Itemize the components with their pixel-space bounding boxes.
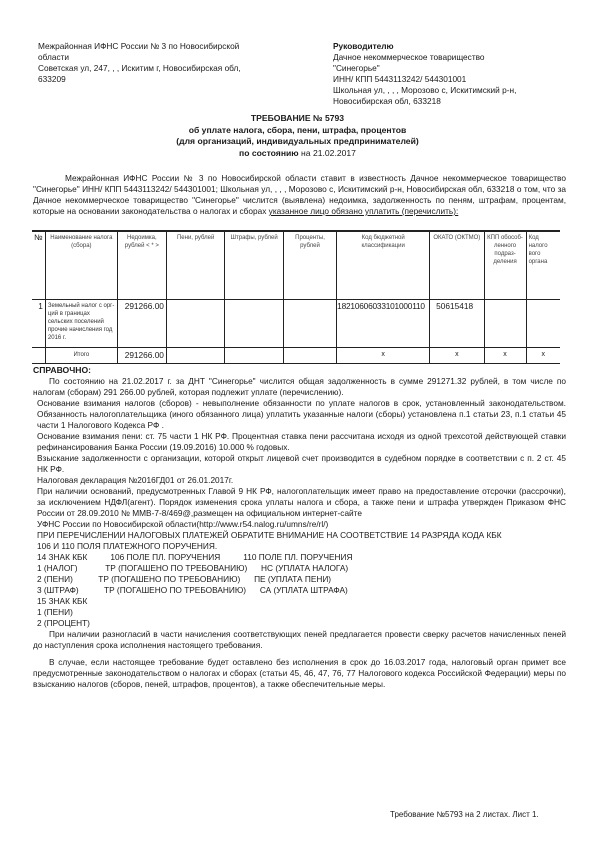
col-header-okato: ОКАТО (ОКТМО) [430,231,484,299]
sender-block: Межрайонная ИФНС России № 3 по Новосибир… [38,41,278,85]
notes-heading: СПРАВОЧНО: [33,365,566,376]
table-row: 1 Земельный налог с орг-ций в границах с… [32,299,560,347]
cell-total-no [32,347,45,363]
recipient-line: Дачное некоммерческое товарищество [333,52,573,63]
title-as-of-label: по состоянию [239,148,299,158]
kbk-line: 1 (НАЛОГ) ТР (ПОГАШЕНО ПО ТРЕБОВАНИЮ) НС… [37,563,566,574]
cell-okato: 50615418 [430,299,484,347]
notes-deferral: При наличии оснований, предусмотренных Г… [33,486,566,519]
title-line-3: (для организаций, индивидуальных предпри… [0,136,595,148]
col-header-no: № [32,231,45,299]
kbk-line: 1 (ПЕНИ) [37,607,566,618]
cell-kpp [484,299,526,347]
notes-section: СПРАВОЧНО: По состоянию на 21.02.2017 г.… [33,365,566,690]
document-title: ТРЕБОВАНИЕ № 5793 об уплате налога, сбор… [0,113,595,159]
cell-total-authority: x [526,347,560,363]
col-header-kbk: Код бюджетной классификации [337,231,430,299]
intro-underlined-text: указанное лицо обязано уплатить (перечис… [269,206,459,216]
recipient-line: Новосибирская обл, 633218 [333,96,573,107]
notes-collection: Взыскание задолженности с организации, к… [33,453,566,475]
title-line-4: по состоянию на 21.02.2017 [0,148,595,160]
notes-reconciliation: При наличии разногласий в части начислен… [33,629,566,651]
col-header-arrears: Недоимка, рублей < * > [117,231,166,299]
col-header-kpp: КПП обособ- ленного подраз- деления [484,231,526,299]
title-line-1: ТРЕБОВАНИЕ № 5793 [0,113,595,125]
notes-total-debt: По состоянию на 21.02.2017 г. за ДНТ "Си… [33,376,566,398]
cell-authority [526,299,560,347]
recipient-line: "Синегорье" [333,63,573,74]
notes-penalty-basis: Основание взимания пени: ст. 75 части 1 … [33,431,566,453]
cell-total-kpp: x [484,347,526,363]
cell-total-penalties [166,347,224,363]
col-header-authority: Код налого вого органа [526,231,560,299]
sender-line: Межрайонная ИФНС России № 3 по Новосибир… [38,41,278,52]
kbk-line: 3 (ШТРАФ) ТР (ПОГАШЕНО ПО ТРЕБОВАНИЮ) СА… [37,585,566,596]
sender-line: области [38,52,278,63]
notes-tax-basis: Основание взимания налогов (сборов) - не… [33,398,566,431]
cell-total-fines [225,347,283,363]
cell-tax-name: Земельный налог с орг-ций в границах сел… [45,299,117,347]
title-as-of-date: на 21.02.2017 [299,148,356,158]
title-line-2: об уплате налога, сбора, пени, штрафа, п… [0,125,595,137]
cell-arrears: 291266.00 [117,299,166,347]
col-header-name: Наименование налога (сбора) [45,231,117,299]
kbk-line: 106 И 110 ПОЛЯ ПЛАТЕЖНОГО ПОРУЧЕНИЯ. [37,541,566,552]
kbk-line: 2 (ПРОЦЕНТ) [37,618,566,629]
cell-total-arrears: 291266.00 [117,347,166,363]
notes-enforcement: В случае, если настоящее требование буде… [33,657,566,690]
kbk-line: 14 ЗНАК КБК 106 ПОЛЕ ПЛ. ПОРУЧЕНИЯ 110 П… [37,552,566,563]
table-total-row: Итого 291266.00 x x x x [32,347,560,363]
col-header-fines: Штрафы, рублей [225,231,283,299]
cell-fines [225,299,283,347]
cell-kbk: 18210606033101000110 [337,299,430,347]
col-header-interest: Проценты, рублей [283,231,336,299]
page-footer: Требование №5793 на 2 листах. Лист 1. [390,809,539,820]
cell-total-interest [283,347,336,363]
table-header-row: № Наименование налога (сбора) Недоимка, … [32,231,560,299]
col-header-penalties: Пени, рублей [166,231,224,299]
recipient-line: Школьная ул, , , , Морозово с, Искитимск… [333,85,573,96]
cell-total-kbk: x [337,347,430,363]
cell-no: 1 [32,299,45,347]
requirement-table: № Наименование налога (сбора) Недоимка, … [32,230,560,364]
kbk-line: ПРИ ПЕРЕЧИСЛЕНИИ НАЛОГОВЫХ ПЛАТЕЖЕЙ ОБРА… [37,530,566,541]
recipient-block: Руководителю Дачное некоммерческое товар… [333,41,573,107]
notes-ufns-link: УФНС России по Новосибирской области(htt… [33,519,566,530]
sender-line: 633209 [38,74,278,85]
cell-total-okato: x [430,347,484,363]
sender-line: Советская ул, 247, , , Искитим г, Новоси… [38,63,278,74]
cell-penalties [166,299,224,347]
kbk-line: 2 (ПЕНИ) ТР (ПОГАШЕНО ПО ТРЕБОВАНИЮ) ПЕ … [37,574,566,585]
kbk-line: 15 ЗНАК КБК [37,596,566,607]
cell-total-label: Итого [45,347,117,363]
notes-declaration: Налоговая декларация №2016ГД01 от 26.01.… [33,475,566,486]
intro-paragraph: Межрайонная ИФНС России № 3 по Новосибир… [33,173,566,217]
cell-interest [283,299,336,347]
recipient-line: ИНН/ КПП 5443113242/ 544301001 [333,74,573,85]
recipient-heading: Руководителю [333,41,573,52]
kbk-instructions: ПРИ ПЕРЕЧИСЛЕНИИ НАЛОГОВЫХ ПЛАТЕЖЕЙ ОБРА… [33,530,566,629]
